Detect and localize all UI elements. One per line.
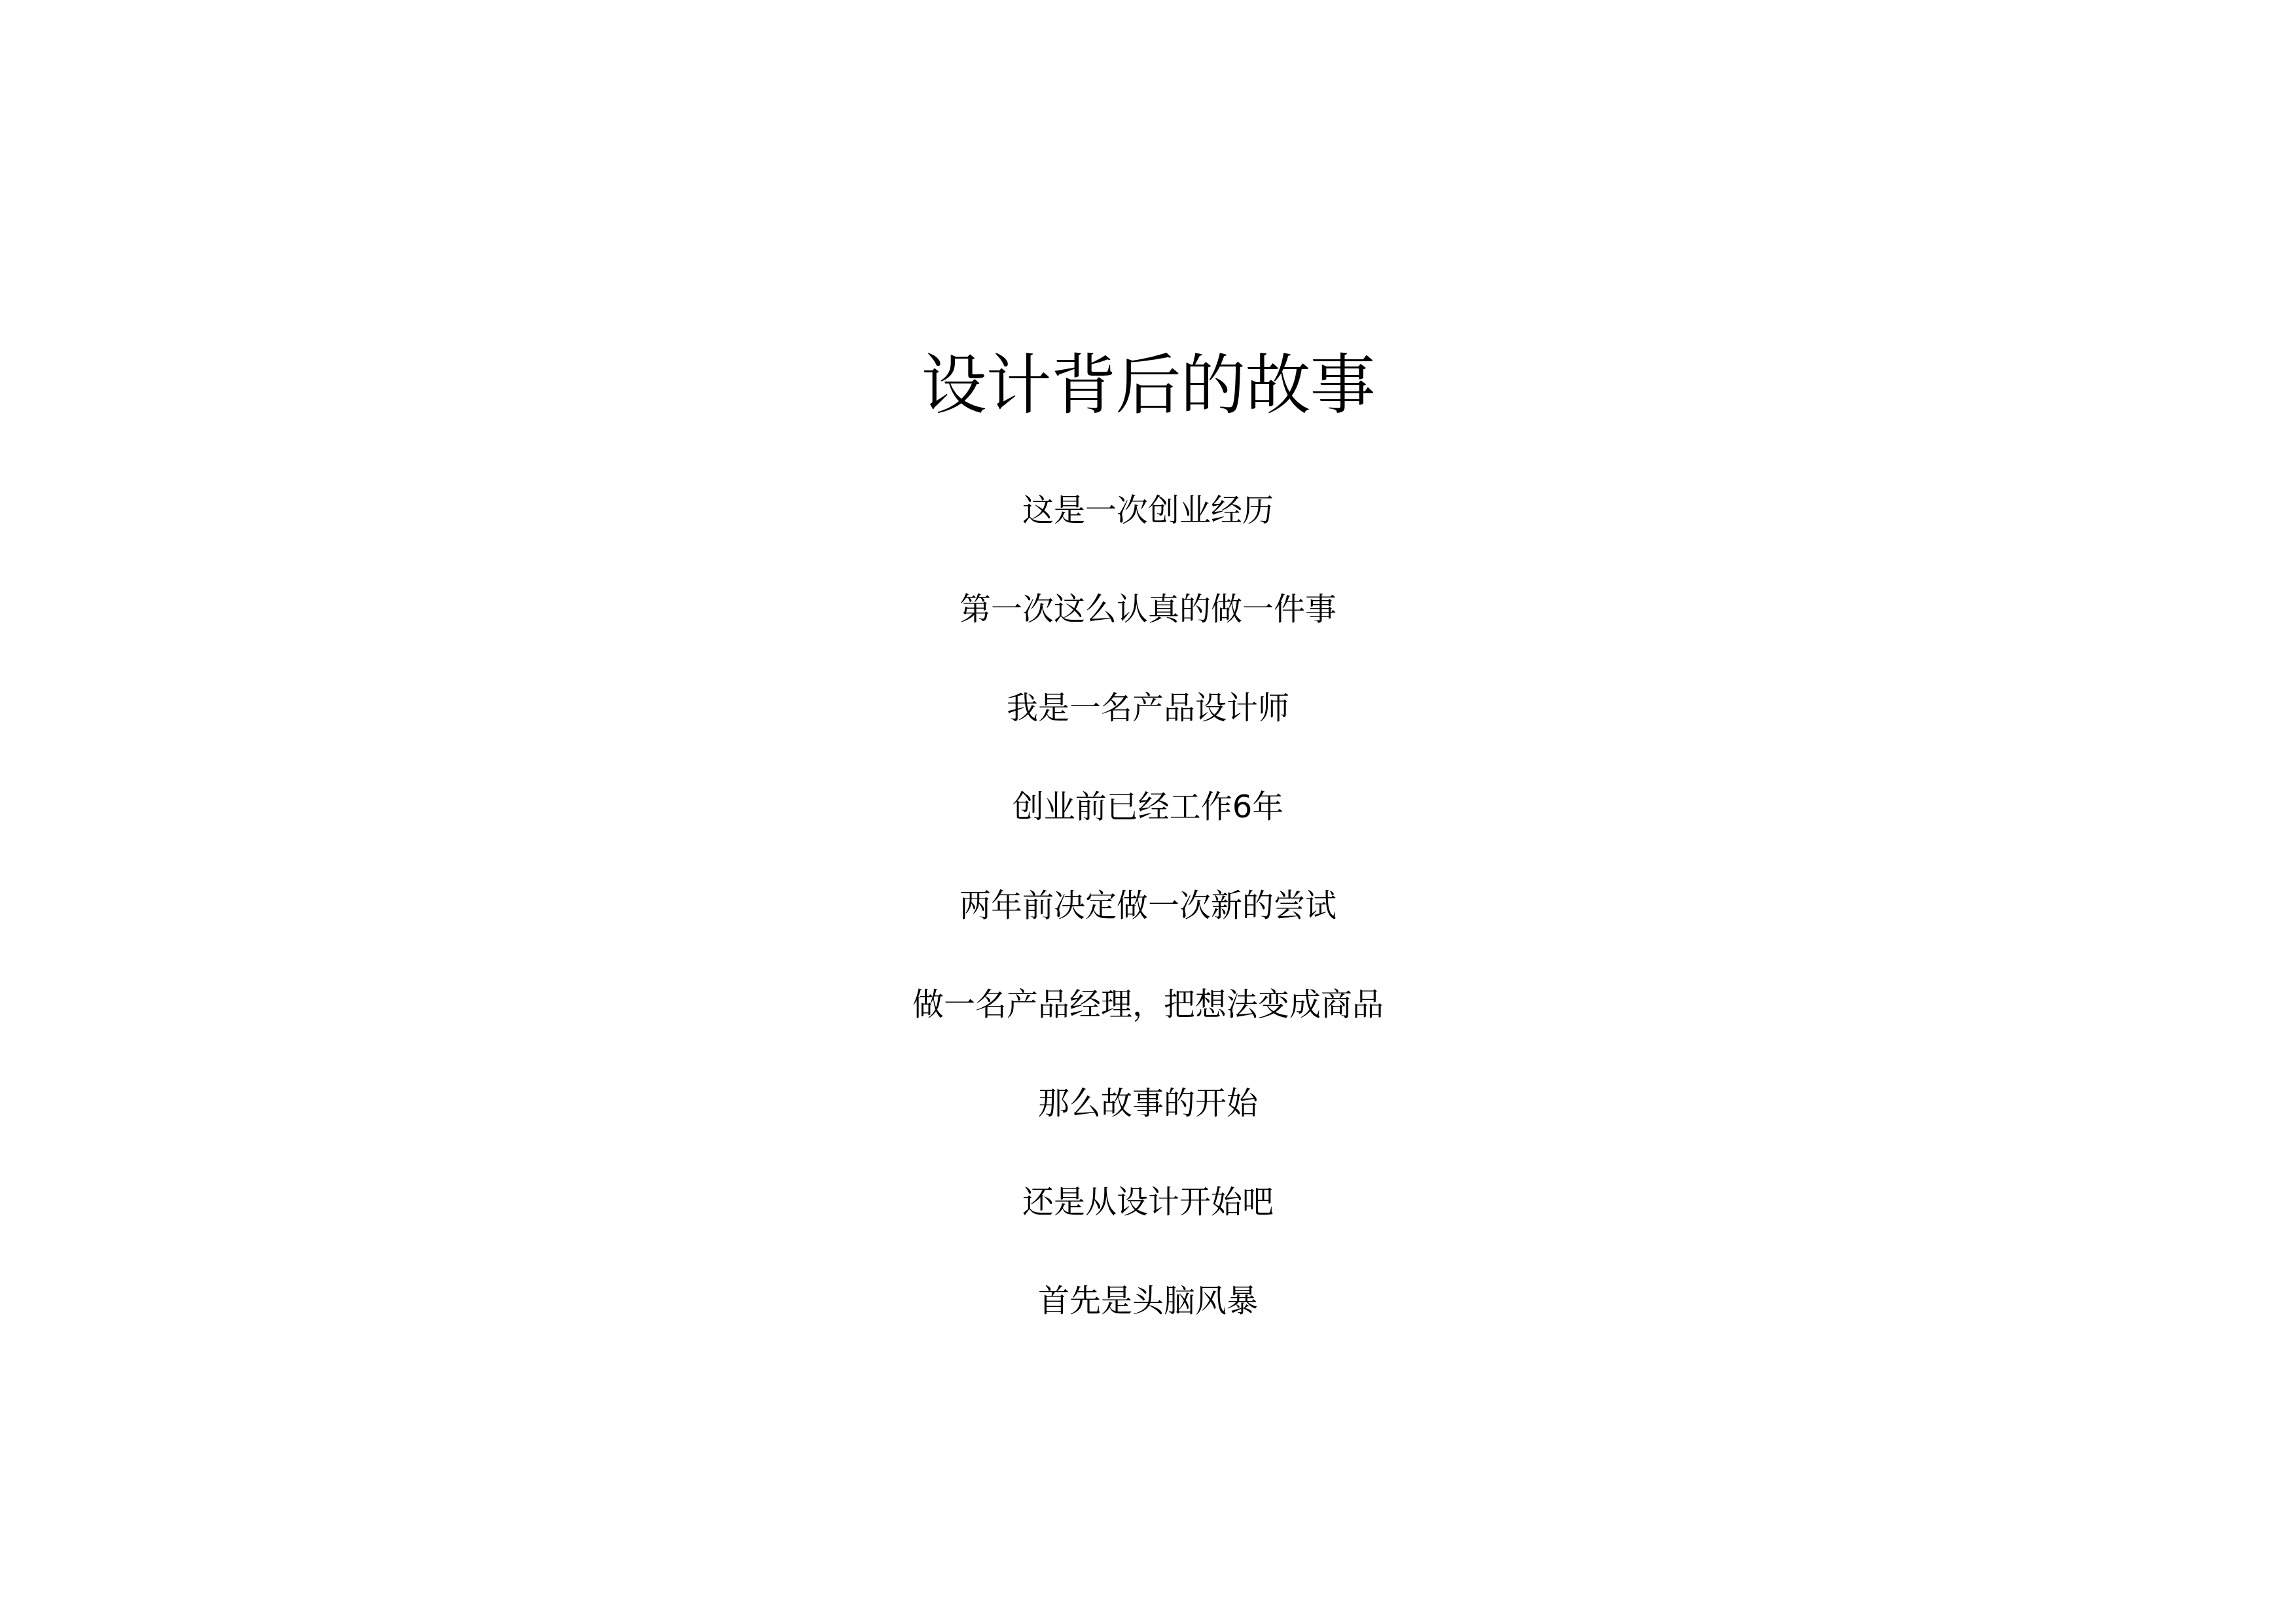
story-line: 那么故事的开始 bbox=[0, 1080, 2296, 1179]
story-lines: 这是一次创业经历 第一次这么认真的做一件事 我是一名产品设计师 创业前已经工作6… bbox=[0, 488, 2296, 1377]
page-title: 设计背后的故事 bbox=[0, 340, 2296, 431]
story-line: 做一名产品经理，把想法变成商品 bbox=[0, 982, 2296, 1080]
story-line: 还是从设计开始吧 bbox=[0, 1179, 2296, 1278]
story-line: 创业前已经工作6年 bbox=[0, 784, 2296, 883]
story-line: 两年前决定做一次新的尝试 bbox=[0, 883, 2296, 982]
story-line: 首先是头脑风暴 bbox=[0, 1278, 2296, 1377]
story-line: 我是一名产品设计师 bbox=[0, 685, 2296, 784]
story-line: 这是一次创业经历 bbox=[0, 488, 2296, 586]
story-line: 第一次这么认真的做一件事 bbox=[0, 586, 2296, 685]
